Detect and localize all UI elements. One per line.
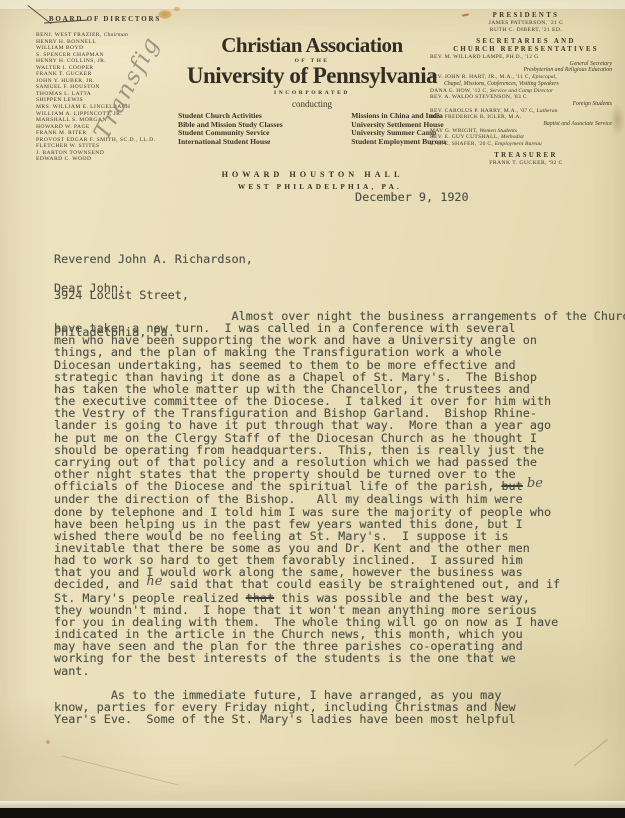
body-text: officials of the Diocese and the spiritu… [54, 479, 501, 493]
officer-entry: Chapel, Missions, Conferences, Visiting … [430, 81, 622, 88]
body-line: done by telephone and I told him I was s… [54, 506, 625, 518]
activities-columns: Student Church ActivitiesBible and Missi… [178, 112, 446, 147]
officers-column: PRESIDENTS JAMES PATTERSON, '21 C RUTH C… [430, 12, 622, 167]
officer-entry: REV. A. WALDO STEVENSON, '83 C [430, 94, 622, 101]
masthead: Christian Association OF THE University … [178, 34, 446, 147]
body-line: he put me on the Clergy Staff of the Dio… [54, 432, 625, 444]
incorporated-label: INCORPORATED [178, 90, 446, 96]
stain [46, 740, 50, 744]
body-line: have been helping us in the past few yea… [54, 518, 625, 530]
officer-entry: Foreign Students [430, 101, 622, 108]
body-line: Diocesan undertaking, has seemed to them… [54, 359, 625, 371]
officer-entry: REV. E. GUY CUTSHALL, Methodist [430, 134, 622, 141]
paper-bottom-edge [0, 801, 625, 808]
struck-word: but [501, 479, 522, 493]
officer-entry: Baptist and Associate Service [430, 121, 622, 128]
body-line: things, and the plan of making the Trans… [54, 346, 625, 358]
scan-background [0, 808, 625, 818]
org-name-line2: University of Pennsylvania [178, 64, 446, 88]
body-line: working for the best interests of the st… [54, 652, 625, 664]
stain [174, 7, 180, 11]
scanned-letter-page: BOARD OF DIRECTORS BENJ. WEST FRAZIER, C… [0, 0, 625, 818]
officer-entry-role: Episcopal, [532, 74, 557, 80]
handwritten-insert: he [146, 574, 162, 589]
officer-entry: REV. M. WILLARD LAMPE, PH.D., '12 G [430, 54, 622, 61]
salutation: Dear John: [54, 281, 125, 295]
activities-left: Student Church ActivitiesBible and Missi… [178, 112, 283, 147]
conducting-label: conducting [178, 99, 446, 109]
body-line: St. Mary's people realized that this was… [54, 592, 625, 604]
officer-entry: E. G. E. SHAFER, '20 C, Employment Burea… [430, 141, 622, 148]
board-member-role: Chairman [104, 32, 128, 38]
officer-entry: General Secretary [430, 61, 622, 68]
body-text: said that that could easily be straighte… [162, 577, 560, 591]
officer-entry-role: Lutheran [537, 108, 558, 114]
letter-date: December 9, 1920 [355, 190, 469, 204]
body-line: under the direction of the Bishop. All m… [54, 493, 625, 505]
activity-item: International Student House [178, 138, 283, 147]
org-name-line1: Christian Association [178, 34, 446, 56]
secretaries-title-line2: CHURCH REPRESENTATIVES [430, 46, 622, 54]
officer-entry-role: Service and Camp Director [490, 88, 553, 94]
officer-entry-role: Women Students [479, 128, 517, 134]
presidents-title: PRESIDENTS [430, 12, 622, 20]
letter-body: Almost over night the business arrangeme… [54, 310, 625, 725]
officer-entry-role: Methodist [501, 134, 524, 140]
body-line: Year's Eve. Some of the St. Mary's ladie… [54, 713, 625, 725]
officer-entry: REV. FREDERICK B. IGLER, M.A. [430, 114, 622, 121]
board-title-rest: OF DIRECTORS [83, 15, 161, 23]
officer-entry: REV. JOHN R. HART, JR., M.A., '11 C, Epi… [430, 74, 622, 81]
secretaries-title-line1: SECRETARIES AND [430, 38, 622, 46]
body-text: decided, and [54, 577, 146, 591]
recipient-line: Reverend John A. Richardson, [54, 253, 253, 265]
officer-entries: REV. M. WILLARD LAMPE, PH.D., '12 GGener… [430, 54, 622, 148]
handwritten-insert: be [523, 476, 543, 491]
body-line: lander is going to have it put through t… [54, 419, 625, 431]
paper-top-edge [0, 0, 625, 10]
treasurer-title: TREASURER [430, 152, 622, 160]
hall-address-line1: HOWARD HOUSTON HALL [190, 170, 435, 179]
officer-entry: Presbyterian and Religious Education [430, 67, 622, 74]
officer-entry: REV. CAROLUS P. HARRY, M.A., '07 C, Luth… [430, 108, 622, 115]
body-line: want. [54, 665, 625, 677]
officer-entry: DANA G. HOW, '12 C, Service and Camp Dir… [430, 88, 622, 95]
president-name: RUTH C. DIBERT, '21 ED. [430, 27, 622, 34]
officer-entry-role: Employment Bureau [495, 141, 542, 147]
treasurer-name: FRANK T. GUCKER, '92 C [430, 160, 622, 167]
board-member: EDWARD C. WOOD [36, 156, 206, 163]
president-name: JAMES PATTERSON, '21 C [430, 20, 622, 27]
officer-entry: MAY G. WRIGHT, Women Students [430, 128, 622, 135]
